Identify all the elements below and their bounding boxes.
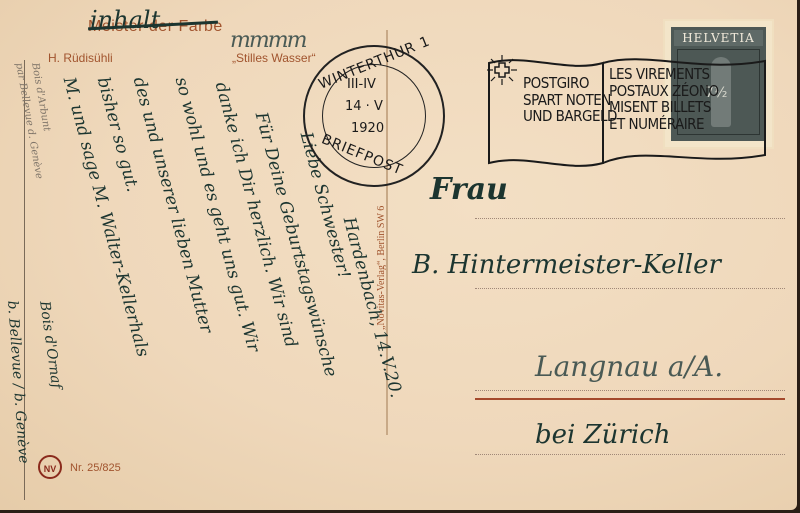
address-underline xyxy=(475,398,785,400)
margin-ink-note: b. Bellevue / b. Genève xyxy=(4,300,31,464)
work-title: „Stilles Wasser“ xyxy=(232,51,316,65)
stamp-country: HELVETIA xyxy=(674,30,763,46)
slogan-cancel: POSTGIRO SPART NOTEN UND BARGELD LES VIR… xyxy=(487,55,769,167)
artist-name: H. Rüdisühli xyxy=(48,51,113,65)
crossed-header-text: inhalt xyxy=(90,6,160,34)
address-line-2 xyxy=(475,288,785,289)
address-line-1 xyxy=(475,218,785,219)
postmark-year: 1920 xyxy=(351,121,384,136)
catalog-number: Nr. 25/825 xyxy=(70,462,121,474)
message-line: Hardenbach, 14.V.20. xyxy=(339,215,406,400)
address-region: bei Zürich xyxy=(535,420,670,450)
address-line-3 xyxy=(475,390,785,391)
margin-ink-note: Bois d'Ornaf xyxy=(36,300,64,390)
postmark-date: 14 · V xyxy=(345,99,383,114)
slogan-german: POSTGIRO SPART NOTEN UND BARGELD xyxy=(523,75,617,125)
address-line-4 xyxy=(475,454,785,455)
address-name: B. Hintermeister-Keller xyxy=(412,250,721,280)
address-town: Langnau a/A. xyxy=(535,350,723,383)
header-scribble: mmmm xyxy=(230,28,305,53)
swiss-cross-sun-icon xyxy=(487,55,517,85)
postcard-back: Meister der Farbe H. Rüdisühli „Stilles … xyxy=(0,0,797,510)
address-salutation: Frau xyxy=(430,172,508,207)
slogan-french: LES VIREMENTS POSTAUX ZÉONO MISENT BILLE… xyxy=(609,66,719,132)
postmark-time: III-IV xyxy=(347,77,376,92)
postmark: WINTERTHUR 1 III-IV 14 · V 1920 BRIEFPOS… xyxy=(303,45,445,187)
publisher-logo-icon: NV xyxy=(38,455,62,479)
